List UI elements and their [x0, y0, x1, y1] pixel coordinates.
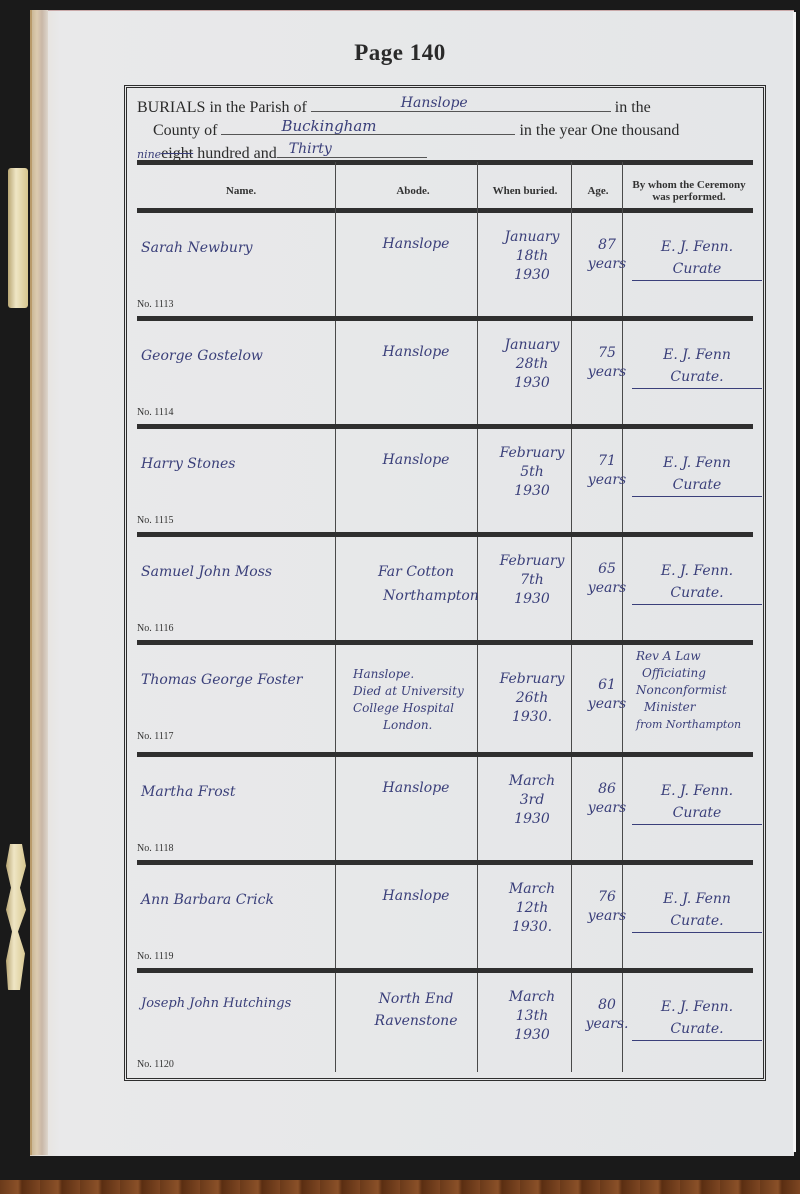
- entry-officiant-name: E. J. Fenn: [632, 888, 762, 910]
- entry-number: No. 1115: [137, 515, 173, 526]
- entry-number: No. 1113: [137, 299, 173, 310]
- entry-date-day: 5th: [485, 463, 579, 482]
- entry-officiant-cell: E. J. Fenn. Curate.: [632, 538, 762, 638]
- entry-officiant-line: from Northampton: [636, 716, 766, 733]
- entry-age-value: 75: [582, 344, 632, 363]
- entry-separator-rule: [137, 860, 753, 865]
- parish-field: Hanslope: [311, 94, 611, 112]
- entry-date-day: 3rd: [485, 791, 579, 810]
- entry-age-unit: years: [582, 363, 632, 382]
- entry-age-cell: 86 years: [582, 758, 632, 858]
- burial-entry: Joseph John Hutchings North End Ravensto…: [137, 974, 753, 1074]
- entry-number: No. 1119: [137, 951, 173, 962]
- entry-age-value: 80: [582, 996, 632, 1015]
- entry-abode-line: Hanslope: [347, 344, 485, 360]
- entry-officiant-name: E. J. Fenn.: [632, 236, 762, 258]
- entry-abode-line: Hanslope: [347, 236, 485, 252]
- register-heading: BURIALS in the Parish of Hanslope in the…: [137, 94, 755, 164]
- entry-separator-rule: [137, 424, 753, 429]
- entry-date-day: 12th: [485, 899, 579, 918]
- entry-officiant-cell: E. J. Fenn. Curate: [632, 758, 762, 858]
- entry-name: Thomas George Foster: [141, 672, 336, 688]
- header-top-rule: [137, 160, 753, 165]
- entry-officiant-cell: E. J. Fenn Curate: [632, 430, 762, 530]
- entry-officiant-name: E. J. Fenn.: [632, 560, 762, 582]
- entry-number: No. 1120: [137, 1059, 174, 1070]
- year-suffix: in the year One thousand: [519, 122, 679, 139]
- entry-age-value: 87: [582, 236, 632, 255]
- entry-abode-cell: Hanslope: [347, 758, 485, 858]
- entry-name: Harry Stones: [141, 456, 336, 472]
- entry-date-cell: February 26th 1930.: [485, 646, 579, 746]
- entry-age-cell: 76 years: [582, 866, 632, 966]
- entry-officiant-name: E. J. Fenn.: [632, 780, 762, 802]
- entry-number: No. 1116: [137, 623, 173, 634]
- entry-abode-line: Hanslope.: [353, 666, 491, 683]
- entry-date-month: February: [485, 444, 579, 463]
- entry-date-month: February: [485, 552, 579, 571]
- entry-date-day: 26th: [485, 689, 579, 708]
- entry-age-cell: 75 years: [582, 322, 632, 422]
- entry-abode-line: Hanslope: [347, 780, 485, 796]
- entry-abode-line: Far Cotton: [347, 560, 485, 584]
- entry-abode-line: North End: [347, 988, 485, 1010]
- page-fore-edge: [793, 12, 796, 1152]
- burial-entry: Thomas George Foster Hanslope. Died at U…: [137, 646, 753, 746]
- entry-date-year: 1930: [485, 374, 579, 393]
- entry-abode-cell: Hanslope: [347, 866, 485, 966]
- wooden-table-surface: [0, 1180, 800, 1194]
- entry-age-value: 61: [582, 676, 632, 695]
- entry-officiant-name: E. J. Fenn: [632, 452, 762, 474]
- page-number-title: Page 140: [0, 40, 800, 66]
- county-prefix: County of: [153, 122, 217, 139]
- entry-date-month: March: [485, 772, 579, 791]
- entry-officiant-title: Curate: [632, 802, 762, 825]
- tape-fragment-bottom: [6, 844, 26, 990]
- entry-age-unit: years: [582, 579, 632, 598]
- entry-age-value: 76: [582, 888, 632, 907]
- entry-officiant-line: Nonconformist: [636, 682, 766, 699]
- entry-age-value: 65: [582, 560, 632, 579]
- entry-date-month: March: [485, 988, 579, 1007]
- entry-date-year: 1930: [485, 266, 579, 285]
- entry-date-day: 7th: [485, 571, 579, 590]
- heading-line-parish: BURIALS in the Parish of Hanslope in the: [137, 94, 755, 117]
- entry-name: George Gostelow: [141, 348, 336, 364]
- entry-abode-line: Hanslope: [347, 452, 485, 468]
- entry-age-cell: 80 years.: [582, 974, 632, 1074]
- entry-age-cell: 61 years: [582, 646, 632, 746]
- entry-date-day: 13th: [485, 1007, 579, 1026]
- entry-officiant-cell: E. J. Fenn. Curate.: [632, 974, 762, 1074]
- column-header-when-buried: When buried.: [479, 172, 571, 210]
- entry-officiant-title: Curate.: [632, 366, 762, 389]
- entry-name: Samuel John Moss: [141, 564, 336, 580]
- entry-name: Joseph John Hutchings: [141, 996, 336, 1011]
- entry-age-unit: years.: [582, 1015, 632, 1034]
- entry-date-cell: March 12th 1930.: [485, 866, 579, 966]
- entry-age-unit: years: [582, 907, 632, 926]
- entry-abode-line: Ravenstone: [347, 1010, 485, 1032]
- county-value: Buckingham: [281, 115, 376, 138]
- entry-date-cell: March 3rd 1930: [485, 758, 579, 858]
- entry-officiant-cell: Rev A Law Officiating Nonconformist Mini…: [632, 646, 766, 746]
- entry-abode-line: Northampton: [347, 584, 485, 608]
- entry-separator-rule: [137, 968, 753, 973]
- entry-officiant-title: Curate.: [632, 582, 762, 605]
- header-bottom-rule: [137, 208, 753, 213]
- entry-date-cell: January 28th 1930: [485, 322, 579, 422]
- burial-register-table: BURIALS in the Parish of Hanslope in the…: [124, 85, 766, 1081]
- entry-name: Martha Frost: [141, 784, 336, 800]
- entry-abode-line: Hanslope: [347, 888, 485, 904]
- entry-age-cell: 65 years: [582, 538, 632, 638]
- column-header-officiant: By whom the Ceremony was performed.: [624, 172, 754, 210]
- entry-number: No. 1118: [137, 843, 173, 854]
- burials-prefix: BURIALS in the Parish of: [137, 99, 307, 116]
- entry-officiant-name: E. J. Fenn: [632, 344, 762, 366]
- entry-abode-cell: Hanslope: [347, 214, 485, 314]
- entry-age-value: 71: [582, 452, 632, 471]
- entry-date-day: 28th: [485, 355, 579, 374]
- entry-separator-rule: [137, 532, 753, 537]
- entry-abode-cell: North End Ravenstone: [347, 974, 485, 1074]
- tape-fragment-top: [8, 168, 28, 308]
- entry-age-unit: years: [582, 255, 632, 274]
- entry-age-unit: years: [582, 799, 632, 818]
- entry-number: No. 1114: [137, 407, 173, 418]
- entry-date-month: February: [485, 670, 579, 689]
- entry-abode-line: London.: [353, 717, 491, 734]
- entry-officiant-cell: E. J. Fenn. Curate: [632, 214, 762, 314]
- burial-entry: Samuel John Moss Far Cotton Northampton …: [137, 538, 753, 638]
- entry-date-year: 1930.: [485, 708, 579, 727]
- entry-officiant-title: Curate: [632, 474, 762, 497]
- entry-officiant-name: E. J. Fenn.: [632, 996, 762, 1018]
- column-header-abode: Abode.: [347, 172, 479, 210]
- entry-separator-rule: [137, 316, 753, 321]
- entry-name: Ann Barbara Crick: [141, 892, 336, 908]
- entry-abode-cell: Hanslope: [347, 322, 485, 422]
- burial-entry: Harry Stones Hanslope February 5th 1930 …: [137, 430, 753, 530]
- entry-number: No. 1117: [137, 731, 173, 742]
- entry-officiant-title: Curate: [632, 258, 762, 281]
- entry-name: Sarah Newbury: [141, 240, 336, 256]
- entry-abode-line: College Hospital: [353, 700, 491, 717]
- entry-officiant-title: Curate.: [632, 1018, 762, 1041]
- entry-separator-rule: [137, 752, 753, 757]
- entry-age-unit: years: [582, 471, 632, 490]
- column-header-age: Age.: [573, 172, 623, 210]
- entry-age-value: 86: [582, 780, 632, 799]
- burial-entry: Sarah Newbury Hanslope January 18th 1930…: [137, 214, 753, 314]
- entry-date-month: March: [485, 880, 579, 899]
- entry-date-month: January: [485, 228, 579, 247]
- page-binding-edge: [30, 10, 48, 1155]
- year-value: Thirty: [289, 138, 332, 161]
- entry-separator-rule: [137, 640, 753, 645]
- entry-officiant-cell: E. J. Fenn Curate.: [632, 322, 762, 422]
- county-field: Buckingham: [221, 117, 515, 135]
- entry-date-cell: January 18th 1930: [485, 214, 579, 314]
- entry-abode-line: Died at University: [353, 683, 491, 700]
- entry-date-year: 1930: [485, 1026, 579, 1045]
- entry-officiant-line: Minister: [636, 699, 766, 716]
- burial-entry: Martha Frost Hanslope March 3rd 1930 86 …: [137, 758, 753, 858]
- entry-abode-cell: Hanslope. Died at University College Hos…: [347, 646, 491, 746]
- entry-date-year: 1930: [485, 482, 579, 501]
- entry-abode-cell: Far Cotton Northampton: [347, 538, 485, 638]
- entry-date-year: 1930: [485, 590, 579, 609]
- entry-date-cell: February 7th 1930: [485, 538, 579, 638]
- burial-entry: George Gostelow Hanslope January 28th 19…: [137, 322, 753, 422]
- entry-officiant-line: Officiating: [636, 665, 766, 682]
- entry-officiant-cell: E. J. Fenn Curate.: [632, 866, 762, 966]
- year-field: Thirty: [277, 140, 427, 158]
- heading-line-county: County of Buckingham in the year One tho…: [137, 117, 755, 140]
- entry-age-cell: 87 years: [582, 214, 632, 314]
- burial-entry: Ann Barbara Crick Hanslope March 12th 19…: [137, 866, 753, 966]
- entry-age-unit: years: [582, 695, 632, 714]
- entry-officiant-title: Curate.: [632, 910, 762, 933]
- parish-value: Hanslope: [401, 92, 468, 115]
- parish-suffix: in the: [615, 99, 651, 116]
- entry-date-month: January: [485, 336, 579, 355]
- entry-date-cell: February 5th 1930: [485, 430, 579, 530]
- column-header-name: Name.: [141, 172, 341, 210]
- entry-officiant-name: Rev A Law: [636, 648, 766, 665]
- entry-date-year: 1930: [485, 810, 579, 829]
- entry-date-year: 1930.: [485, 918, 579, 937]
- entry-age-cell: 71 years: [582, 430, 632, 530]
- entry-date-cell: March 13th 1930: [485, 974, 579, 1074]
- entry-date-day: 18th: [485, 247, 579, 266]
- entry-abode-cell: Hanslope: [347, 430, 485, 530]
